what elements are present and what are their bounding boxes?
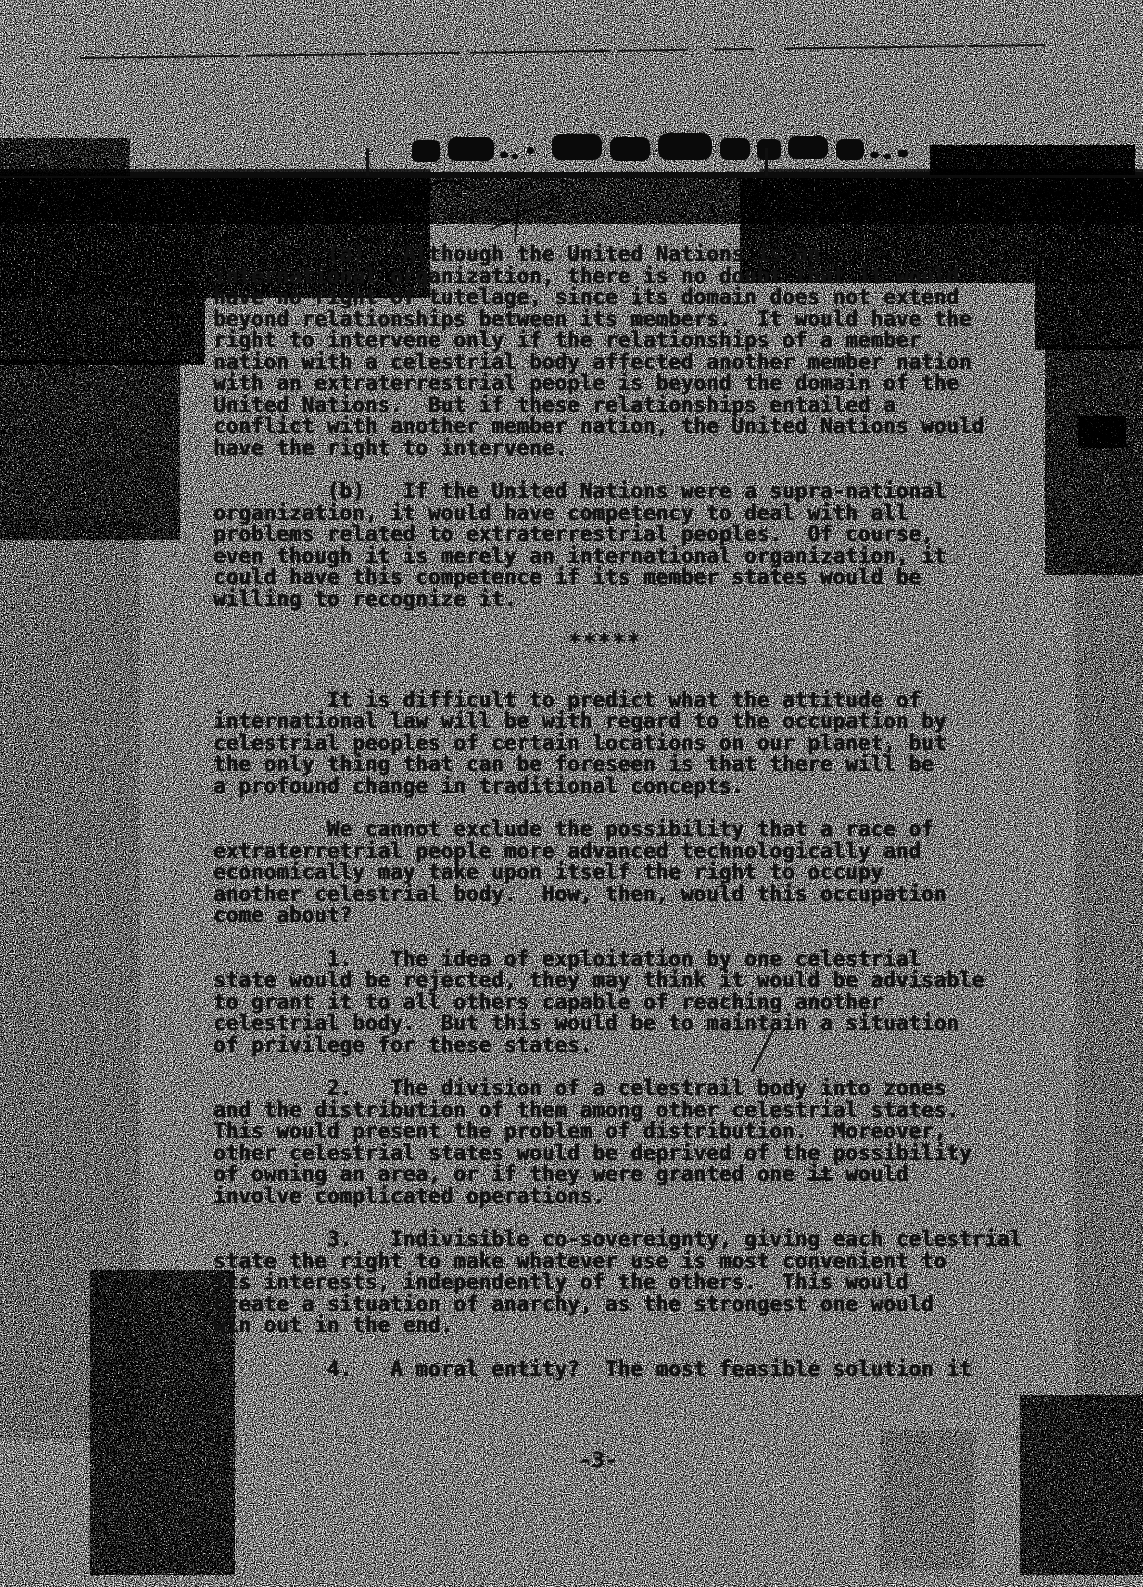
stamp-box-right-edge	[765, 148, 768, 176]
stamp-dot	[500, 152, 508, 158]
stamp-blob	[448, 137, 494, 161]
stamp-blob	[836, 139, 864, 160]
stamp-blob	[610, 137, 650, 161]
stamp-blob	[720, 138, 750, 160]
stamp-dot	[527, 147, 534, 154]
stamp-dot	[884, 154, 891, 159]
stamp-blob	[412, 140, 440, 162]
stamp-blob	[658, 133, 712, 160]
stamp-blob	[788, 136, 828, 159]
noise-left-mid	[0, 360, 180, 540]
paragraph-intro: It is difficult to predict what the atti…	[213, 690, 1133, 798]
scanned-document-page: (a) Although the United Nations is an in…	[0, 0, 1143, 1587]
paragraph-a: (a) Although the United Nations is an in…	[213, 244, 1133, 459]
typewritten-text-column: (a) Although the United Nations is an in…	[213, 244, 1133, 1472]
list-item-4: 4. A moral entity? The most feasible sol…	[213, 1359, 1133, 1381]
list-item-1: 1. The idea of exploitation by one celes…	[213, 949, 1133, 1057]
stamp-blob	[757, 139, 781, 160]
paragraph-b: (b) If the United Nations were a supra-n…	[213, 481, 1133, 610]
stamp-dot	[898, 150, 908, 157]
list-item-2: 2. The division of a celestrail body int…	[213, 1078, 1133, 1207]
smudge-above-rule-right	[930, 145, 1135, 175]
noise-above-rule-left	[0, 138, 130, 176]
stamp-dot	[870, 152, 879, 158]
page-number: -3-	[213, 1450, 1133, 1472]
stamp-dot	[512, 154, 518, 159]
noise-left-upper	[0, 225, 205, 365]
stamp-box-left-edge	[366, 148, 369, 176]
paragraph-possibility: We cannot exclude the possibility that a…	[213, 819, 1133, 927]
asterisk-separator: *****	[213, 632, 1133, 654]
stamp-blob	[552, 134, 602, 160]
list-item-3: 3. Indivisible co-sovereignty, giving ea…	[213, 1229, 1133, 1337]
